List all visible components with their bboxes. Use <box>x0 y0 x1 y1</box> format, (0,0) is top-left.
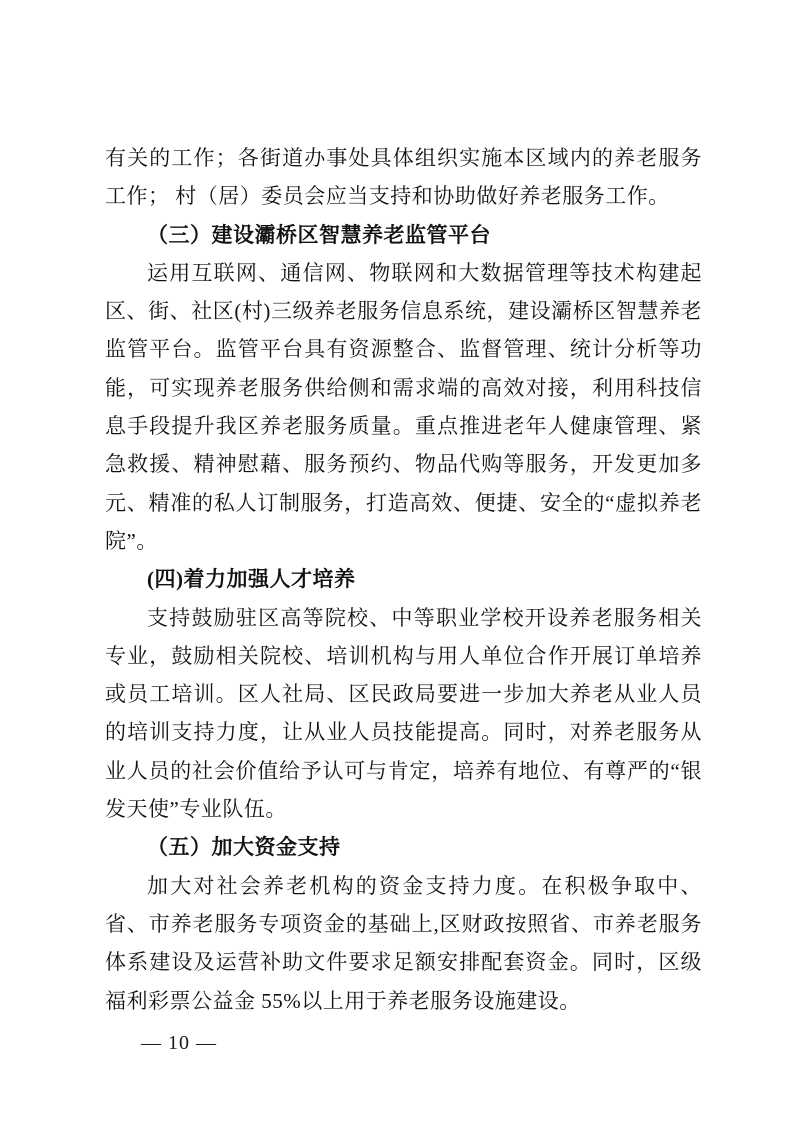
paragraph-section-5: 加大对社会养老机构的资金支持力度。在积极争取中、省、市养老服务专项资金的基础上,… <box>105 867 702 1020</box>
page-number: — 10 — <box>141 1032 217 1054</box>
paragraph-section-3: 运用互联网、通信网、物联网和大数据管理等技术构建起区、街、社区(村)三级养老服务… <box>105 254 702 560</box>
heading-section-4: (四)着力加强人才培养 <box>105 560 702 598</box>
paragraph-section-4: 支持鼓励驻区高等院校、中等职业学校开设养老服务相关专业，鼓励相关院校、培训机构与… <box>105 599 702 829</box>
page-footer: — 10 — <box>117 1009 217 1078</box>
heading-section-3: （三）建设灞桥区智慧养老监管平台 <box>105 216 702 254</box>
heading-section-5: （五）加大资金支持 <box>105 828 702 866</box>
paragraph-continuation: 有关的工作；各街道办事处具体组织实施本区域内的养老服务工作； 村（居）委员会应当… <box>105 139 702 216</box>
document-body: 有关的工作；各街道办事处具体组织实施本区域内的养老服务工作； 村（居）委员会应当… <box>105 139 702 1020</box>
document-page: 有关的工作；各街道办事处具体组织实施本区域内的养老服务工作； 村（居）委员会应当… <box>0 0 793 1122</box>
